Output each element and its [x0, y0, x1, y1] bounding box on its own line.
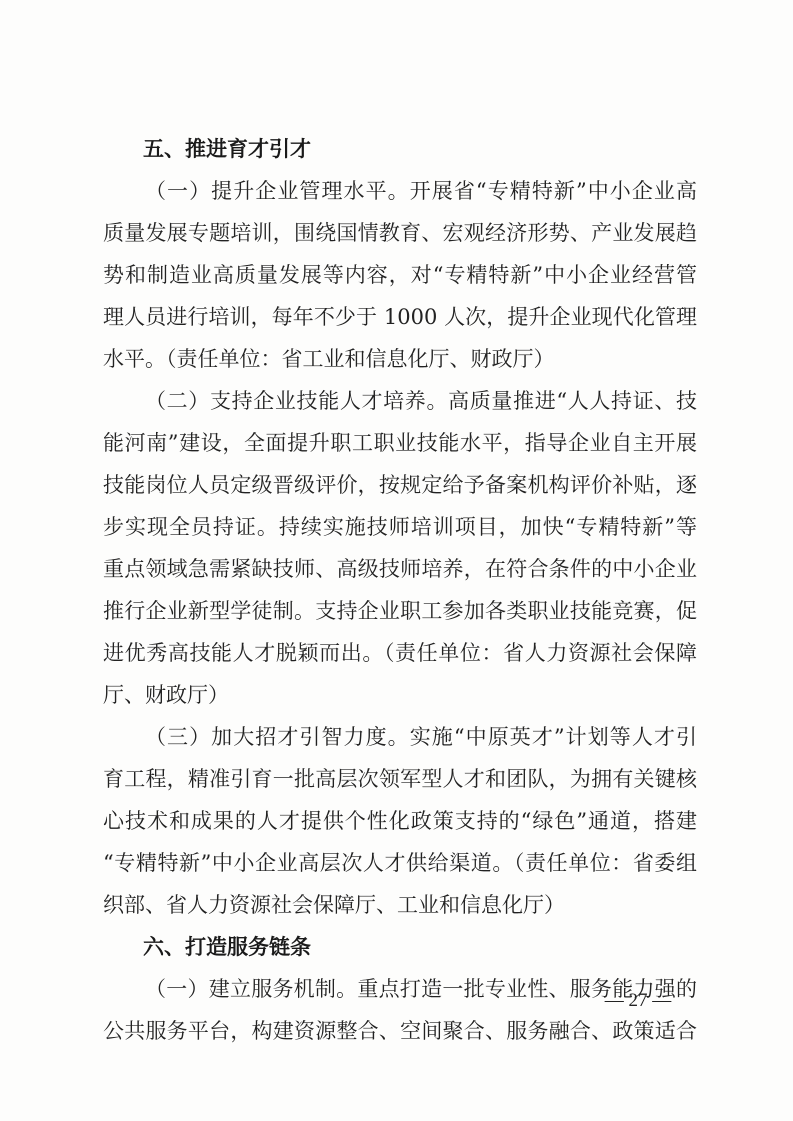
text-line: 推行企业新型学徒制。支持企业职工参加各类职业技能竞赛，促 [103, 590, 697, 632]
text-line: 进优秀高技能人才脱颖而出。（责任单位：省人力资源社会保障 [103, 632, 697, 674]
text-line: 能河南”建设，全面提升职工职业技能水平，指导企业自主开展 [103, 422, 697, 464]
text-line: 势和制造业高质量发展等内容，对“专精特新”中小企业经营管 [103, 254, 697, 296]
text-line: （二）支持企业技能人才培养。高质量推进“人人持证、技 [103, 380, 697, 422]
text-line: 育工程，精准引育一批高层次领军型人才和团队，为拥有关键核 [103, 758, 697, 800]
text-line: 重点领域急需紧缺技师、高级技师培养，在符合条件的中小企业 [103, 548, 697, 590]
section-heading-5: 五、推进育才引才 [103, 128, 697, 170]
text-line: 水平。（责任单位：省工业和信息化厅、财政厅） [103, 338, 697, 380]
text-line: （三）加大招才引智力度。实施“中原英才”计划等人才引 [103, 716, 697, 758]
section-heading-6: 六、打造服务链条 [103, 926, 697, 968]
text-line: （一）提升企业管理水平。开展省“专精特新”中小企业高 [103, 170, 697, 212]
text-line: 心技术和成果的人才提供个性化政策支持的“绿色”通道，搭建 [103, 800, 697, 842]
text-line: 质量发展专题培训，围绕国情教育、宏观经济形势、产业发展趋 [103, 212, 697, 254]
paragraph-5-2: （二）支持企业技能人才培养。高质量推进“人人持证、技 能河南”建设，全面提升职工… [103, 380, 697, 716]
page-number: — 27 — [598, 990, 678, 1012]
text-line: 织部、省人力资源社会保障厅、工业和信息化厅） [103, 884, 697, 926]
text-line: 公共服务平台，构建资源整合、空间聚合、服务融合、政策适合 [103, 1010, 697, 1052]
text-line: 步实现全员持证。持续实施技师培训项目，加快“专精特新”等 [103, 506, 697, 548]
text-line: 理人员进行培训，每年不少于 1000 人次，提升企业现代化管理 [103, 296, 697, 338]
paragraph-5-3: （三）加大招才引智力度。实施“中原英才”计划等人才引 育工程，精准引育一批高层次… [103, 716, 697, 926]
text-line: “专精特新”中小企业高层次人才供给渠道。（责任单位：省委组 [103, 842, 697, 884]
paragraph-5-1: （一）提升企业管理水平。开展省“专精特新”中小企业高 质量发展专题培训，围绕国情… [103, 170, 697, 380]
document-page: 五、推进育才引才 （一）提升企业管理水平。开展省“专精特新”中小企业高 质量发展… [103, 128, 697, 1052]
text-line: 厅、财政厅） [103, 674, 697, 716]
text-line: 技能岗位人员定级晋级评价，按规定给予备案机构评价补贴，逐 [103, 464, 697, 506]
